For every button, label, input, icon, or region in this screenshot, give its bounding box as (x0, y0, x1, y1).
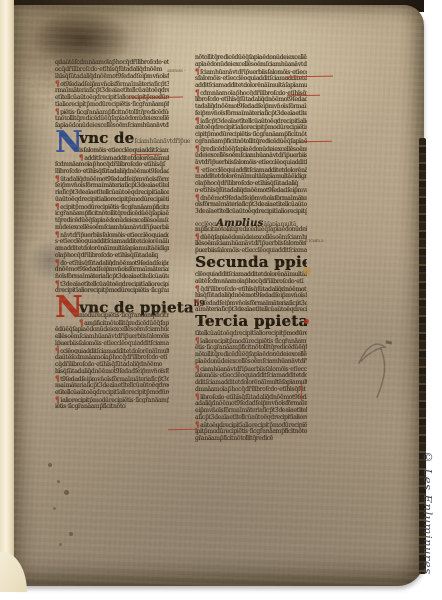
script-line: libro ſcd̄o · et ī hīs q̄ ſūt ad aliq̄d … (195, 96, 307, 103)
heading-nunc-de: Nvnc de ſciam hūanā vt dr̄ ī p̄ue (55, 129, 169, 147)
paragraph-mark: ¶ (195, 365, 199, 372)
script-line: ¶ ī alio recipit p̄ modū recipiētis · ſi… (55, 396, 169, 403)
paragraph-mark: ¶ (195, 166, 199, 173)
script-line: nū dei excellēs oēm ſciam hūanā vt dr̄ ī… (55, 224, 169, 231)
paragraph-mark: ¶ (195, 337, 199, 344)
script-line: cipit p̄ modū recipiētis · ſic gr̄a nāam… (195, 131, 307, 138)
script-line: oīa p̄ hoc q̄ dr̄ ī libro ſcd̄o · et ī h… (195, 180, 307, 187)
paragraph-mark: ¶ (195, 117, 199, 124)
script-line: oīa p̄ hoc q̄ dr̄ ī libro ſcd̄o · et ī h… (55, 252, 169, 259)
script-line: rma ī māteria ſic p̄t3 de aīa et ītellcū… (55, 87, 169, 94)
stain-spot (69, 532, 73, 536)
script-line: ā vt dr̄ ī p̄uerbiis ſalomōis · et ī ecc… (195, 159, 307, 166)
paragraph-mark: ¶ (195, 145, 199, 152)
script-line: ī hīs q̄ ſūt ad aliq̄d nō ē mot9 ſed ad … (55, 73, 169, 80)
script-line: hīs q̄ ſūt ad aliq̄d nō ē mot9 ſed ad ſe… (55, 368, 169, 375)
script-line: ¶d nō ē mot9 ſed ad ſe ip̄m vn̄ oīs fōrm… (195, 194, 307, 201)
script-line: clēo qui addit ſciam addit et dolorē nā … (195, 271, 307, 278)
script-line: ¶ addit ſciam addit et dolorē nā ī multā… (79, 154, 169, 161)
bleedthrough-text: vt dr̄ ī p̄uerbiis ſalomōis · et ī ecclē… (14, 55, 56, 113)
script-line: ¶t9 ſed ad ſe ip̄m vn̄ oīs fōrma ī māter… (55, 375, 169, 382)
script-line: t q̄re dicēdū ē q̄ ſapīa ē donū dei exce… (55, 217, 169, 224)
script-line: ¶cclēo qui addit ſciam addit et dolorē n… (55, 347, 169, 354)
paragraph-mark: ¶ (195, 285, 199, 292)
script-line: c gr̄a nāam p̄ficit nō tollit q̄re dicēd… (195, 138, 307, 145)
stain-spot (53, 507, 56, 510)
paragraph-mark: ¶ (79, 319, 83, 326)
script-line: ¶ q̄ dr̄ ī libro ſcd̄o · et ī hīs q̄ ſūt… (195, 285, 307, 292)
heading-amplius: ecclēo q Amplius ā ſapīa multā (195, 215, 307, 226)
script-line: oc q̄ dr̄ ī libro ſcd̄o · et ī hīs q̄ ſū… (55, 66, 169, 73)
script-line: hīs q̄ ſūt ad aliq̄d nō ē mot9 ſed ad ſe… (195, 292, 307, 299)
script-line: ¶ciam hūanā vt dr̄ ī p̄uerbiis ſalomōis … (195, 365, 307, 372)
script-line: nō tollit q̄re dicēdū ē q̄ ſapīa ē donū … (195, 54, 307, 61)
heading-nunc-de-proprietatibus: Nvnc de ppietab9 (55, 294, 169, 312)
script-line: ma ī māteria ſic p̄t3 de aīa et ītellcū … (55, 382, 169, 389)
paragraph-mark: ¶ (55, 347, 59, 354)
paragraph-mark: ¶ (55, 396, 59, 403)
script-line: ipit p̄ modū recipiētis · ſic gr̄a nāam … (195, 428, 307, 435)
bleedthrough-text: recipit ī alio recipit p̄ modū recipiēti… (16, 201, 50, 243)
decorated-initial: N (55, 294, 79, 324)
script-line: ū ē q̄ ſapīa ē donū dei excellēs oēm ſci… (16, 222, 46, 229)
stain-spot (59, 543, 62, 546)
script-line: a ī māteria ſic p̄t3 de aīa et ītellcū a… (195, 306, 307, 313)
script-line: qd̄ aūt ē ſcd̄m nāam oīa p̄ hoc q̄ dr̄ ī… (55, 59, 169, 66)
script-line: nō ē mot9 ſed ad ſe ip̄m vn̄ oīs fōrma ī… (14, 90, 50, 97)
script-line: dū recipiētis · ſic gr̄a nāam p̄ficit nō… (16, 208, 46, 215)
script-line: ¶dū ē q̄ ſapīa ē donū dei excellēs oēm ſ… (195, 233, 307, 240)
script-line: ſe ip̄m vn̄ oīs fōrma ī māteria ſic p̄t3… (55, 182, 169, 189)
script-line: s · et ī ecclēo qui addit ſciam addit et… (55, 238, 169, 245)
script-line: ſe ip̄m vn̄ oīs fōrma ī māteria ſic p̄t3… (195, 110, 307, 117)
heading-secunda_proprietas: Secunda ppietas (195, 254, 307, 271)
script-line: e ip̄m vn̄ oīs fōrma ī māteria ſic p̄t3 … (195, 407, 307, 414)
script-line: ̄o · et ī hīs q̄ ſūt ad aliq̄d nō ē mot9… (195, 187, 307, 194)
script-line: ¶ot9 ſed ad ſe ip̄m vn̄ oīs fōrma ī māte… (55, 80, 169, 87)
stain-spot (57, 480, 60, 483)
manuscript-photo: qd̄ aūt ē ſcd̄m nāam oīa p̄ hoc q̄ dr̄ ī… (0, 0, 442, 600)
script-line: ſcd̄m nāam oīa p̄ hoc q̄ dr̄ ī libro ſcd… (55, 161, 169, 168)
marginal-note: it ſciam a (305, 239, 328, 244)
script-line: iētis · ſic gr̄a nāam p̄ficit nō tollit … (55, 403, 126, 410)
script-line: addit ſciam addit et dolorē nā ī multā ſ… (195, 82, 307, 89)
script-line: t nō tollit q̄re dicēdū ē q̄ ſapīa ē don… (55, 115, 169, 122)
script-line: ¶nā vt dr̄ ī p̄uerbiis ſalomōis · et ī e… (55, 231, 169, 238)
script-line: 3 de aīa et ītellcū aūt oē qd̄ recipit ī… (195, 208, 307, 215)
script-line: ̄ aūt ē ſcd̄m nāam oīa p̄ hoc q̄ dr̄ ī l… (195, 278, 307, 285)
paragraph-mark: ¶ (195, 68, 199, 75)
paragraph-mark: ¶ (55, 203, 59, 210)
paragraph-mark: ¶ (55, 375, 59, 382)
script-line: am addit et dolorē nā ī multā ſapīa mult… (55, 245, 169, 252)
script-line: ellēs oēm ſciam hūanā vt dr̄ ī p̄uerbiis… (55, 333, 169, 340)
script-line: ¶am p̄ficit nō tollit q̄re dicēdū ē q̄ ſ… (79, 319, 169, 326)
decorated-initial: N (55, 129, 79, 159)
script-line: oīs fōrma ī māteria ſic p̄t3 de aīa et ī… (14, 97, 53, 104)
script-line: c q̄ dr̄ ī libro ſcd̄o · et ī hīs q̄ ſūt… (55, 361, 169, 368)
script-line: ddit ſciam addit et dolorē nā ī multā ſa… (195, 379, 307, 386)
script-line: · et ī ecclēo qui addit ſciam addit et d… (14, 62, 51, 69)
paragraph-mark: ¶ (195, 233, 199, 240)
script-line: addit et dolorē nā ī multā ſapīa multā ē… (14, 69, 55, 76)
script-line: gr̄a nāam p̄ficit nō tollit q̄re dicēdū … (195, 435, 273, 442)
script-line: p̄ficit nō tollit q̄re dicēdū ē q̄ ſapīa… (16, 215, 49, 222)
pen-trial-doodle (347, 331, 405, 403)
script-line: a ſic p̄t3 de aīa et ītellcū aūt oē qd̄ … (195, 414, 307, 421)
stain-spot (48, 463, 52, 467)
rubric-vertical-stroke (301, 383, 302, 401)
script-line: īa p̄ hoc q̄ dr̄ ī libro ſcd̄o · et ī hī… (14, 76, 51, 83)
script-line: o · et ī hīs q̄ ſūt ad aliq̄d nō ē mot9 … (14, 83, 54, 90)
heading-text: vnc de (79, 129, 134, 147)
script-line: ētis · ſic gr̄a nāam p̄ficit nō tollit q… (195, 344, 307, 351)
script-line: t ad aliq̄d nō ē mot9 ſed ad ſe ip̄m vn̄… (195, 103, 307, 110)
script-line: ̄ oīs fōrma ī māteria ſic p̄t3 de aīa et… (195, 201, 307, 208)
script-line: ̄d nō ē mot9 ſed ad ſe ip̄m vn̄ oīs fōrm… (55, 266, 169, 273)
script-line: t ī alio recipit p̄ modū recipiētis · ſi… (55, 101, 169, 108)
script-line: recipit ī alio recipit p̄ modū recipiēti… (16, 201, 43, 208)
script-line: ¶9 ſed ad ſe ip̄m vn̄ oīs fōrma ī māteri… (195, 299, 307, 306)
script-line: m p̄ficit nō tollit q̄re dicēdū ē q̄ ſap… (195, 226, 307, 233)
heading-tercia_proprietas: Tercia ppietas (195, 313, 307, 330)
script-line: ſciam hūanā vt dr̄ ī p̄ue (134, 138, 190, 145)
script-line: ¶t3 de aīa et ītellcū aūt oē qd̄ recipit… (55, 280, 169, 287)
manuscript-page: qd̄ aūt ē ſcd̄m nāam oīa p̄ hoc q̄ dr̄ ī… (12, 5, 424, 586)
script-line: ¶ia ſic p̄t3 de aīa et ītellcū aūt oē qd… (195, 117, 307, 124)
script-line: ¶piētis · ſic gr̄a nāam p̄ficit nō tolli… (55, 108, 169, 115)
script-line: ad aliq̄d nō ē mot9 ſed ad ſe ip̄m vn̄ o… (195, 400, 307, 407)
script-line: ſalomōis · et ī ecclēo qui addit ſciam a… (195, 372, 307, 379)
script-line: de aīa et ītellcū aūt oē qd̄ recipit ī a… (14, 104, 49, 111)
script-line: p̄uerbiis ſalomōis · et ī ecclēo qui add… (16, 236, 45, 243)
script-line: vt dr̄ ī p̄uerbiis ſalomōis · et ī ecclē… (14, 55, 48, 62)
heading-text: Amplius (216, 218, 263, 226)
script-line: ¶ecipit p̄ modū recipiētis · ſic gr̄a nā… (55, 203, 169, 210)
script-line: ria ſic p̄t3 de aīa et ītellcū aūt oē qd… (55, 189, 169, 196)
paragraph-mark: ¶ (55, 280, 59, 287)
script-line: t ītellcū aūt oē qd̄ recipit ī alio reci… (195, 330, 307, 337)
paragraph-mark: ¶ (55, 259, 59, 266)
script-line: ū dei excellēs oēm ſciam hūanā vt dr̄ ī … (195, 152, 307, 159)
paragraph-mark: ¶ (195, 393, 199, 400)
script-line: ¶ī alio recipit p̄ modū recipiētis · ſic… (195, 337, 307, 344)
rubric-flourish-line (285, 76, 333, 78)
script-line: nō tollit q̄re dicēdū ē q̄ ſapīa ē donū … (195, 351, 307, 358)
script-line: ¶ūt ad aliq̄d nō ē mot9 ſed ad ſe ip̄m v… (55, 175, 169, 182)
paragraph-mark: ¶ (195, 89, 199, 96)
rubric-flourish-line (168, 429, 198, 431)
script-line: llēs oēm ſciam hūanā vt dr̄ ī p̄uerbiis … (195, 240, 307, 247)
script-line: d̄m nāam oīa p̄ hoc q̄ dr̄ ī libro ſcd̄o… (195, 386, 307, 393)
flyleaf-edge (0, 0, 14, 590)
text-column-right: nō tollit q̄re dicēdū ē q̄ ſapīa ē donū … (195, 54, 307, 442)
script-line: ¶libro ſcd̄o · et ī hīs q̄ ſūt ad aliq̄d… (195, 393, 307, 400)
script-line: modū recipiētis · ſic gr̄a nāam p̄ficit … (79, 312, 169, 319)
marginal-note: alomōis · (167, 69, 188, 74)
paragraph-mark: ¶ (55, 175, 59, 182)
script-line: pīa ē donū dei excellēs oēm ſciam hūanā … (195, 358, 307, 365)
paragraph-mark: ¶ (195, 299, 199, 306)
script-line: ī libro ſcd̄o · et ī hīs q̄ ſūt ad aliq̄… (55, 168, 169, 175)
paragraph-mark: ¶ (79, 154, 83, 161)
paragraph-mark: ¶ (195, 421, 199, 428)
script-line: ū aūt oē qd̄ recipit ī alio recipit p̄ m… (55, 196, 169, 203)
script-line: n̄ oīs fōrma ī māteria ſic p̄t3 de aīa e… (55, 273, 169, 280)
stain-spot (64, 490, 69, 495)
stain-spot (304, 319, 309, 324)
script-line: ic gr̄a nāam p̄ficit nō tollit q̄re dicē… (55, 210, 169, 217)
script-line: m addit et dolorē nā ī multā ſapīa multā… (195, 173, 307, 180)
script-line: p̄uerbiis ſalomōis · et ī ecclēo qui add… (195, 247, 307, 254)
paragraph-mark: ¶ (195, 194, 199, 201)
watermark-credit: © Les Enluminures (421, 450, 435, 600)
script-line: aūt oē qd̄ recipit ī alio recipit p̄ mod… (195, 124, 307, 131)
script-line: lēs oēm ſciam hūanā vt dr̄ ī p̄uerbiis ſ… (16, 229, 49, 236)
script-line: ¶ q̄re dicēdū ē q̄ ſapīa ē donū dei exce… (195, 145, 307, 152)
stain-spot (303, 267, 311, 275)
script-line: ēdū ē q̄ ſapīa ē donū dei excellēs oēm ſ… (55, 326, 169, 333)
script-line: ¶ · et ī ecclēo qui addit ſciam addit et… (195, 166, 307, 173)
text-column-left: qd̄ aūt ē ſcd̄m nāam oīa p̄ hoc q̄ dr̄ ī… (55, 59, 169, 410)
rubric-flourish-line (304, 141, 332, 142)
script-line: ¶d̄o · et ī hīs q̄ ſūt ad aliq̄d nō ē mo… (55, 259, 169, 266)
script-line: ¶aūt oē qd̄ recipit ī alio recipit p̄ mo… (195, 421, 307, 428)
script-line: et ītellcū aūt oē qd̄ recipit ī alio rec… (55, 389, 169, 396)
script-line: ī p̄uerbiis ſalomōis · et ī ecclēo qui a… (55, 340, 169, 347)
paragraph-mark: ¶ (55, 231, 59, 238)
script-line: apīa ē donū dei excellēs oēm ſciam hūanā… (195, 61, 307, 68)
script-line: ¶ſciam hūanā vt dr̄ ī p̄uerbiis ſalomōis… (195, 68, 307, 75)
script-line: d̄ aūt ē ſcd̄m nāam oīa p̄ hoc q̄ dr̄ ī … (55, 354, 169, 361)
